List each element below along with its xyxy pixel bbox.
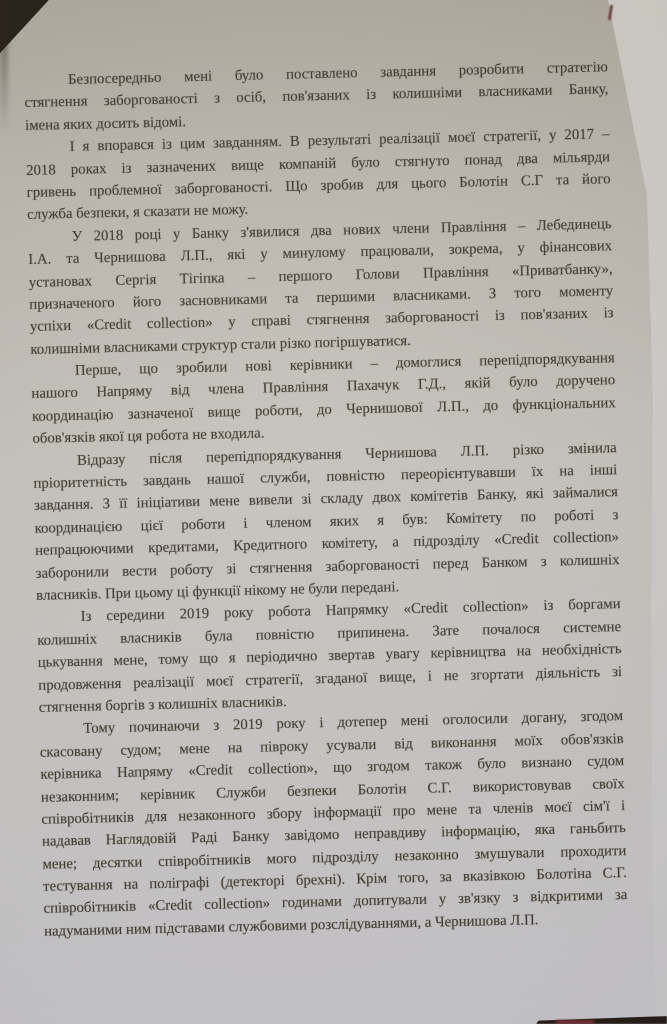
word: Комітету <box>446 507 503 531</box>
word: того, <box>398 867 429 890</box>
word: І.А. <box>28 249 52 272</box>
word: які <box>525 483 544 506</box>
word: усували <box>326 734 376 758</box>
word: безпеки <box>287 779 337 803</box>
word: до <box>483 395 498 418</box>
word: У <box>71 225 82 248</box>
word: collection» <box>147 312 213 336</box>
word: згортати <box>470 663 524 687</box>
paragraph: У2018роціуБанкуз'явилисядвановихчлениПра… <box>27 213 614 361</box>
word: минулому <box>282 242 346 266</box>
word: Що <box>285 175 308 198</box>
word: координацією <box>34 516 122 540</box>
word: нових <box>343 218 381 241</box>
word: Лебединець <box>537 213 612 237</box>
word: завдання. <box>34 494 94 518</box>
word: роботи <box>181 513 225 536</box>
word: цього <box>411 172 447 195</box>
word: впорався <box>97 134 154 158</box>
word: цим <box>180 133 206 156</box>
word: Болотіна <box>536 863 592 887</box>
word: а <box>392 532 399 555</box>
word: було <box>235 64 264 87</box>
word: роботи, <box>255 399 303 423</box>
word: гривень <box>26 181 76 205</box>
word: координацію <box>32 404 114 428</box>
paragraph: Ізсередини2019рокуроботаНапрямку«Creditc… <box>36 593 622 719</box>
word: та <box>468 798 482 821</box>
word: розробити <box>459 58 525 82</box>
word: і <box>428 665 433 687</box>
corner-shadow <box>0 0 57 63</box>
word: що <box>139 358 158 381</box>
word: скасовану <box>40 740 103 764</box>
word: Кредитного <box>233 534 307 558</box>
word: дотепер <box>337 711 387 735</box>
word: членом <box>266 511 312 534</box>
word: «Credit <box>148 895 193 918</box>
word: співробітників <box>158 849 251 874</box>
word: заборгованості <box>104 88 199 113</box>
word: пов'язаних <box>282 85 350 109</box>
word: на <box>559 460 574 483</box>
word: змінила <box>568 437 617 461</box>
word: Напряму <box>96 381 152 405</box>
word: мого <box>266 847 296 870</box>
word: була <box>205 625 233 648</box>
word: Напрямку <box>326 599 389 623</box>
document-text: Безпосередньоменібулопоставленозавданняр… <box>24 56 628 943</box>
word: стратегію <box>546 56 608 80</box>
word: Сергія <box>115 268 157 291</box>
word: почалося <box>482 618 540 642</box>
word: понад <box>464 148 502 171</box>
word: і <box>621 795 626 817</box>
word: звертав <box>328 644 375 667</box>
word: зокрема, <box>449 238 503 262</box>
word: у <box>260 243 268 266</box>
word: Банку, <box>568 79 608 102</box>
word: 2019 <box>179 603 209 626</box>
word: я <box>82 136 89 159</box>
word: вказівкою <box>463 864 526 888</box>
word: – <box>602 123 610 146</box>
word: з <box>214 88 220 111</box>
word: проблемної <box>89 179 162 203</box>
word: мені <box>401 710 429 733</box>
word: ініціативи <box>136 491 200 515</box>
word: заборгованості. <box>174 176 272 201</box>
word: «Credit <box>188 759 233 782</box>
word: було <box>509 371 538 394</box>
word: Із <box>80 606 91 629</box>
photo-background: Безпосередньоменібулопоставленозавданняр… <box>0 0 667 1024</box>
word: та <box>285 288 299 311</box>
word: її <box>119 493 128 516</box>
word: переорієнтувавши <box>401 462 516 487</box>
word: якій <box>464 373 491 396</box>
word: осіб, <box>236 87 266 110</box>
word: згодом <box>367 755 410 778</box>
word: мене <box>209 490 240 513</box>
word: цієї <box>140 515 163 538</box>
word: collection» <box>553 526 619 550</box>
word: Банком <box>481 551 527 574</box>
word: і <box>243 513 248 535</box>
word: року <box>224 602 254 625</box>
word: з <box>512 887 518 910</box>
word: неправдиву <box>354 822 427 846</box>
word: припинена. <box>337 621 409 645</box>
word: визнано <box>521 751 572 775</box>
word: з'явилися <box>240 220 299 244</box>
word: Чернишова <box>94 246 166 270</box>
word: працювали, <box>360 240 434 264</box>
word: результаті <box>307 129 371 153</box>
word: пов'язаних <box>520 303 588 327</box>
word: Правління <box>423 261 489 285</box>
left-edge-shadow <box>0 0 8 135</box>
word: із <box>162 134 172 157</box>
word: боргами <box>568 593 621 617</box>
word: Тігіпка <box>179 267 224 290</box>
word: до <box>317 399 332 422</box>
word: яка <box>534 819 555 842</box>
word: колишніх <box>559 549 619 573</box>
word: для <box>376 173 398 196</box>
word: Банку, <box>477 484 517 507</box>
word: та <box>556 169 570 192</box>
word: З <box>102 494 110 517</box>
word: підрозділу <box>312 846 379 870</box>
word: поставлено <box>286 62 358 86</box>
word: вивели <box>249 489 293 512</box>
word: допитували <box>353 889 427 913</box>
word: два <box>311 220 332 243</box>
word: роботі <box>554 504 595 527</box>
word: комітетів <box>410 485 468 509</box>
word: власниками <box>478 80 552 104</box>
word: використовував <box>473 774 572 799</box>
word: вище, <box>379 665 416 688</box>
word: від <box>171 380 190 403</box>
word: Перше, <box>75 359 122 382</box>
word: із <box>366 84 376 107</box>
word: ганьбить <box>570 817 626 841</box>
word: моїх <box>514 730 543 753</box>
word: починаючи <box>129 715 200 739</box>
word: тому <box>158 648 189 671</box>
word: півроку <box>260 735 309 759</box>
word: мене; <box>42 853 77 876</box>
word: за <box>615 884 628 907</box>
word: С.Г. <box>602 862 627 885</box>
word: заборгованості <box>325 553 420 578</box>
word: 2017 <box>564 124 594 147</box>
word: Крім <box>356 868 387 891</box>
word: інші <box>590 459 618 482</box>
word: члени <box>392 217 430 240</box>
word: мене <box>426 799 457 822</box>
word: що <box>199 648 218 671</box>
word: моменту <box>559 280 614 304</box>
word: Зате <box>432 620 459 643</box>
word: 2018 <box>26 159 56 182</box>
word: було <box>351 151 380 174</box>
word: вести <box>122 560 157 583</box>
word: роках <box>71 158 107 181</box>
word: зі <box>301 489 311 512</box>
word: функціональних <box>512 392 616 417</box>
word: незаконного <box>178 804 256 828</box>
word: перед <box>432 552 468 575</box>
word: також <box>425 754 462 777</box>
word: складу <box>320 488 363 511</box>
word: завдання <box>380 60 436 84</box>
word: зробили <box>176 356 228 380</box>
word: Чернишової <box>346 397 423 421</box>
word: змушували <box>474 842 544 866</box>
word: Л.П., <box>437 395 469 418</box>
paragraph: Томупочинаючиз2019рокуідотеперменіоголос… <box>39 705 628 943</box>
word: незаконно <box>394 844 459 868</box>
word: С.Г. <box>427 777 452 800</box>
word: на <box>228 737 243 760</box>
word: періодично <box>246 645 318 669</box>
word: продовження <box>38 672 122 696</box>
word: підрозділу <box>413 530 480 554</box>
word: цькування <box>38 650 104 674</box>
word: «Credit <box>403 598 448 621</box>
word: мільярди <box>553 146 611 170</box>
word: справі <box>251 310 291 333</box>
word: із <box>121 157 131 180</box>
word: догану, <box>521 707 567 730</box>
word: було <box>477 753 506 776</box>
word: «Credit <box>87 314 132 337</box>
word: Безпосередньо <box>68 67 162 92</box>
word: Раді <box>191 827 218 850</box>
word: тестування <box>43 874 113 898</box>
word: керівники <box>289 353 352 377</box>
word: зазначених <box>146 155 216 179</box>
word: того <box>514 282 541 305</box>
word: із <box>603 302 613 325</box>
word: першими <box>316 286 375 310</box>
word: доручено <box>556 370 615 394</box>
word: по <box>520 506 536 529</box>
word: Болотін <box>357 778 406 802</box>
word: надавав <box>42 830 91 854</box>
word: 2018 <box>93 224 123 247</box>
word: на <box>123 874 138 897</box>
word: компаній <box>279 152 337 176</box>
word: повністю <box>256 623 315 647</box>
word: у <box>439 889 447 912</box>
word: був: <box>402 508 428 531</box>
word: яких <box>330 510 360 533</box>
word: Відразу <box>77 448 126 472</box>
word: реалізації <box>379 127 440 151</box>
word: Банку <box>232 826 270 849</box>
word: у <box>549 125 557 148</box>
word: після <box>149 447 182 470</box>
word: його <box>133 291 162 314</box>
word: їх <box>532 461 544 484</box>
word: керівництва <box>430 641 506 665</box>
word: зі <box>612 661 622 684</box>
word: і <box>319 712 324 734</box>
word: мене, <box>113 649 148 672</box>
word: у <box>173 223 181 246</box>
word: непрацюючими <box>35 538 134 563</box>
word: своїх <box>592 773 625 796</box>
word: діяльність <box>535 661 600 685</box>
word: відкритими <box>530 885 603 909</box>
word: вище <box>231 154 264 177</box>
word: керівника <box>40 762 102 786</box>
word: перепідпорядкування <box>206 443 342 469</box>
word: Тому <box>83 717 115 740</box>
word: – <box>518 215 526 238</box>
word: співробітників <box>41 807 134 832</box>
word: для <box>145 806 167 829</box>
word: 2019 <box>233 714 263 737</box>
word: заборгованості <box>385 306 480 331</box>
word: Банку <box>192 222 230 245</box>
word: засновниками <box>179 288 267 312</box>
word: сім'ї <box>583 795 610 818</box>
word: зв'язку <box>458 887 501 910</box>
word: завдань <box>143 469 191 493</box>
word: пріоритетність <box>33 471 127 496</box>
word: моєї <box>206 670 234 693</box>
word: комітету, <box>322 532 378 556</box>
word: увагу <box>385 643 420 666</box>
word: що <box>333 757 352 780</box>
word: І <box>69 136 74 159</box>
word: Чернишова <box>365 441 437 465</box>
word: Голови <box>355 263 400 286</box>
word: Правління <box>262 376 328 400</box>
word: та <box>66 248 80 271</box>
word: згодом <box>580 705 623 728</box>
word: зробив <box>320 174 364 197</box>
word: робота <box>268 601 311 624</box>
word: два <box>517 147 538 170</box>
word: стягнуто <box>395 150 450 174</box>
word: завданням. <box>213 131 282 155</box>
paragraph: ВідразупісляперепідпорядкуванняЧернишова… <box>33 437 621 607</box>
word: завідомо <box>284 824 339 848</box>
word: вище <box>207 401 240 424</box>
word: двох <box>372 487 401 510</box>
word: Напряму <box>117 761 173 785</box>
word: стратегії, <box>245 668 303 692</box>
word: середини <box>106 604 165 628</box>
word: стягнення <box>24 91 87 115</box>
word: успіхи <box>30 315 72 338</box>
word: співробітників <box>43 896 136 921</box>
word: незаконним; <box>41 784 120 808</box>
word: нашої <box>207 468 245 491</box>
word: різко <box>513 438 545 461</box>
word: збору <box>266 803 302 826</box>
word: кредитами, <box>148 536 219 560</box>
word: стягнення <box>306 308 369 332</box>
word: на <box>516 640 531 663</box>
word: Наглядовій <box>105 828 176 852</box>
word: про <box>392 800 415 823</box>
word: реалізації <box>133 671 194 695</box>
word: членів <box>493 797 534 820</box>
word: нові <box>245 355 272 378</box>
word: годинами <box>282 891 342 915</box>
word: за <box>439 866 452 889</box>
word: власників <box>120 626 182 650</box>
word: оголосили <box>442 708 508 732</box>
table-edge-red <box>556 1020 594 1024</box>
word: судом; <box>120 739 161 762</box>
word: інформацію, <box>441 820 520 844</box>
word: обов'язків <box>561 728 624 752</box>
word: колишніх <box>37 628 97 652</box>
word: Л.П., <box>180 245 212 268</box>
word: із <box>495 305 505 328</box>
word: члена <box>208 378 244 401</box>
word: які <box>227 244 246 267</box>
word: «Credit <box>494 528 539 551</box>
word: моєї <box>544 796 572 819</box>
word: Пахачук <box>347 375 400 399</box>
word: Правління <box>441 215 507 239</box>
word: брехні). <box>296 869 346 893</box>
word: з <box>213 715 219 738</box>
word: з <box>612 504 618 527</box>
word: роботу <box>170 558 214 581</box>
word: (детекторі <box>220 870 285 894</box>
word: повністю <box>326 465 385 489</box>
word: Служби <box>216 781 266 805</box>
word: згаданої <box>315 667 368 691</box>
word: поліграфі <box>149 872 210 896</box>
word: моєї <box>448 127 476 150</box>
word: призначеного <box>29 292 115 316</box>
word: Г.Д., <box>418 374 447 397</box>
word: проходити <box>560 840 627 864</box>
word: В <box>290 131 300 154</box>
word: «Приватбанку», <box>512 258 613 283</box>
word: десятки <box>93 851 143 875</box>
word: виконання <box>431 731 497 755</box>
word: я <box>377 509 384 532</box>
word: у <box>517 237 525 260</box>
word: collection», <box>248 757 318 781</box>
word: установах <box>29 270 93 294</box>
word: році <box>134 224 161 247</box>
word: системне <box>563 616 621 640</box>
word: із <box>543 595 553 618</box>
word: колишніми <box>392 82 462 106</box>
word: не <box>444 664 459 687</box>
word: перепідпорядкування <box>479 347 615 373</box>
word: зазначеної <box>128 402 194 426</box>
word: Болотін <box>459 171 508 195</box>
word: З <box>489 283 497 306</box>
word: я <box>228 647 235 670</box>
word: collection» <box>204 893 270 917</box>
word: мені <box>184 66 212 89</box>
